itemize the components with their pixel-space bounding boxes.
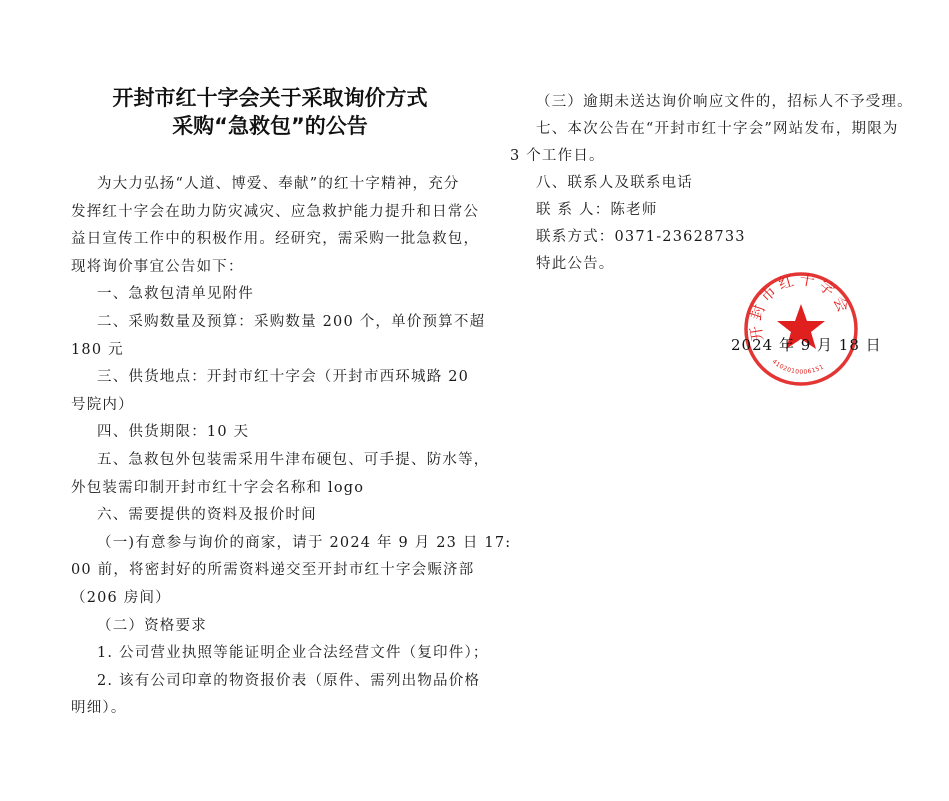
text-line: 二、采购数量及预算：采购数量 200 个，单价预算不超 — [97, 310, 485, 331]
text-line: 1. 公司营业执照等能证明企业合法经营文件（复印件）； — [97, 641, 489, 662]
text-line: 现将询价事宜公告如下： — [71, 255, 244, 276]
text-line: 发挥红十字会在助力防灾减灾、应急救护能力提升和日常公 — [71, 200, 479, 221]
official-seal-stamp: 开封市红十字会 4102010006151 — [742, 270, 860, 388]
text-line: 七、本次公告在“开封市红十字会”网站发布，期限为 — [536, 117, 899, 138]
text-line: 联系方式：0371-23628733 — [536, 225, 746, 246]
text-line: 八、联系人及联系电话 — [536, 171, 693, 192]
text-line: 三、供货地点：开封市红十字会（开封市西环城路 20 — [97, 365, 469, 386]
text-line: 一、急救包清单见附件 — [97, 282, 254, 303]
document-title-line1: 开封市红十字会关于采取询价方式 — [60, 82, 480, 112]
text-line: 号院内） — [71, 393, 134, 414]
text-line: 外包装需印制开封市红十字会名称和 logo — [71, 476, 364, 497]
document-date: 2024 年 9 月 18 日 — [731, 334, 882, 355]
text-line: （206 房间） — [71, 586, 171, 607]
text-line: 明细）。 — [71, 696, 127, 717]
text-line: 00 前，将密封好的所需资料递交至开封市红十字会赈济部 — [71, 558, 474, 579]
text-line: 2. 该有公司印章的物资报价表（原件、需列出物品价格 — [97, 669, 480, 690]
stamp-code: 4102010006151 — [771, 358, 826, 376]
text-line: 五、急救包外包装需采用牛津布硬包、可手提、防水等， — [97, 448, 490, 469]
document-title-line2: 采购“急救包”的公告 — [60, 110, 480, 140]
text-line: 180 元 — [71, 338, 124, 359]
text-line: 四、供货期限：10 天 — [97, 420, 249, 441]
text-line: 3 个工作日。 — [510, 144, 605, 165]
text-line: 特此公告。 — [536, 252, 615, 273]
text-line: （二）资格要求 — [97, 614, 207, 635]
text-line: 联 系 人：陈老师 — [536, 198, 658, 219]
text-line: 六、需要提供的资料及报价时间 — [97, 503, 317, 524]
text-line: （一)有意参与询价的商家，请于 2024 年 9 月 23 日 17: — [97, 531, 511, 552]
text-line: 益日宣传工作中的积极作用。经研究，需采购一批急救包， — [71, 227, 479, 248]
svg-text:4102010006151: 4102010006151 — [771, 358, 826, 376]
text-line: 为大力弘扬“人道、博爱、奉献”的红十字精神，充分 — [97, 172, 460, 193]
text-line: （三）逾期未送达询价响应文件的，招标人不予受理。 — [536, 90, 913, 111]
